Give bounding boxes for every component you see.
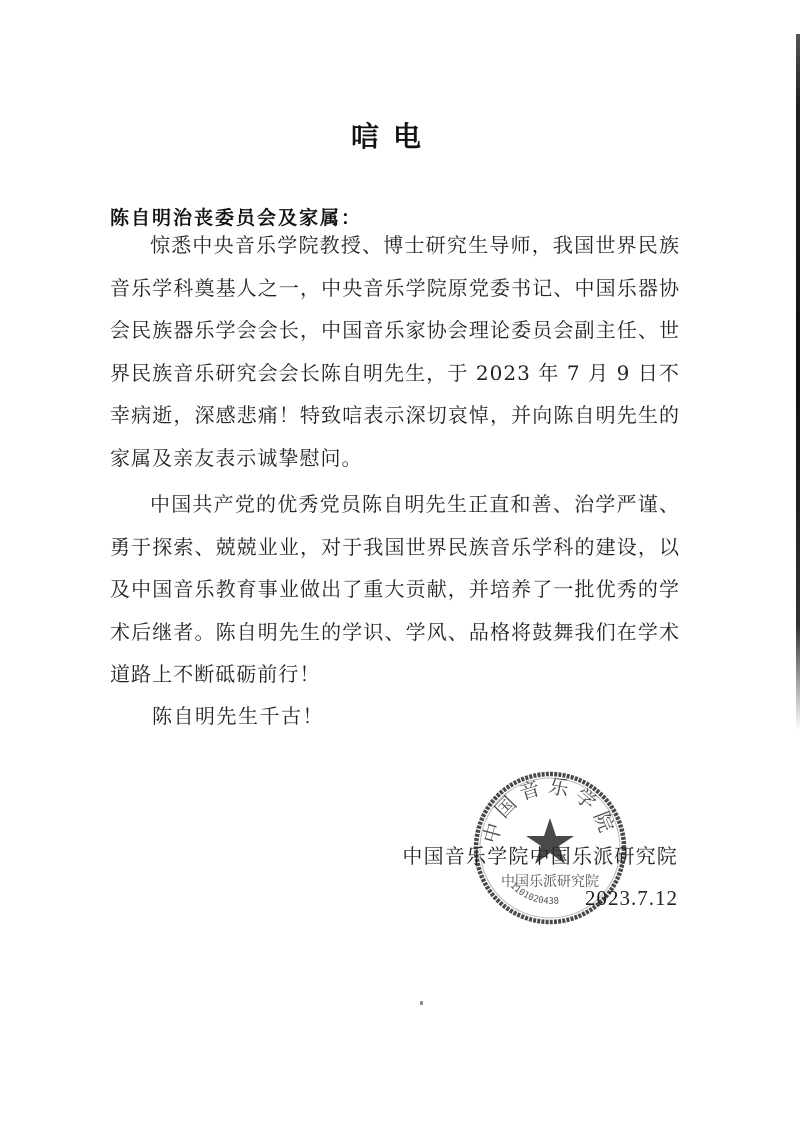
signature-organization: 中国音乐学院中国乐派研究院 xyxy=(402,840,678,869)
paragraph-tribute: 中国共产党的优秀党员陈自明先生正直和善、治学严谨、勇于探索、兢兢业业，对于我国世… xyxy=(110,483,680,696)
paragraph-condolence: 惊悉中央音乐学院教授、博士研究生导师，我国世界民族音乐学科奠基人之一，中央音乐学… xyxy=(110,224,680,479)
document-title: 唁电 xyxy=(0,115,786,155)
paragraph-text: 惊悉中央音乐学院教授、博士研究生导师，我国世界民族音乐学科奠基人之一，中央音乐学… xyxy=(110,224,680,479)
scan-speck xyxy=(420,1001,423,1005)
document-page: 唁电 陈自明治丧委员会及家属： 惊悉中央音乐学院教授、博士研究生导师，我国世界民… xyxy=(0,0,800,1132)
scan-edge-shadow xyxy=(796,34,800,730)
closing-line: 陈自明先生千古！ xyxy=(152,700,324,729)
paragraph-text: 中国共产党的优秀党员陈自明先生正直和善、治学严谨、勇于探索、兢兢业业，对于我国世… xyxy=(110,483,680,696)
signature-date: 2023.7.12 xyxy=(585,886,678,911)
